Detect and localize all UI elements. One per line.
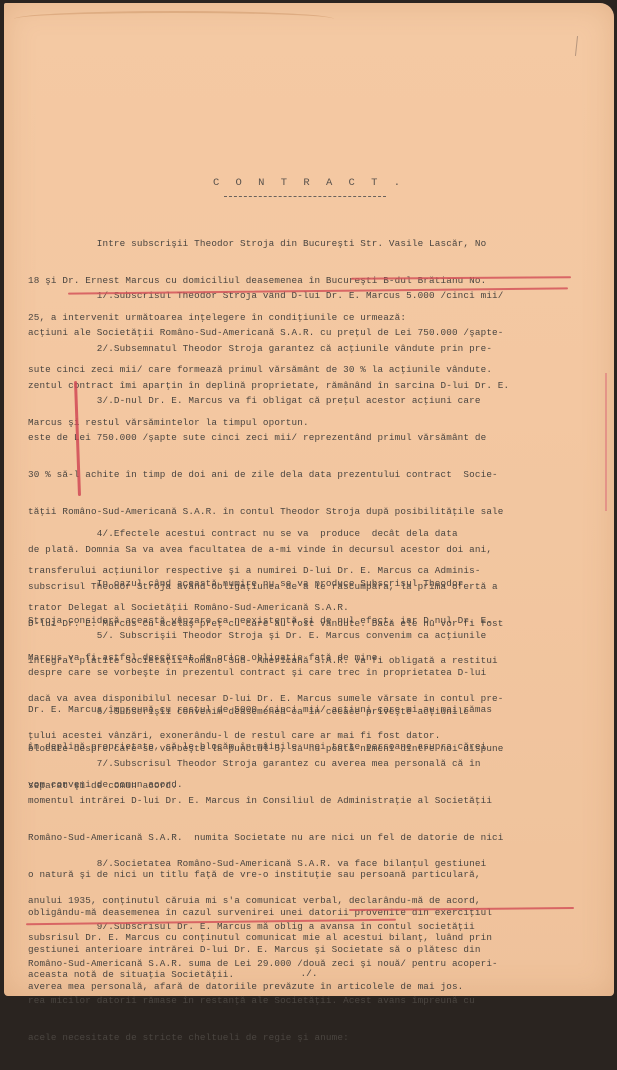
text-line: 30 % să-l achite în timp de doi ani de z…: [28, 469, 513, 481]
text-line: momentul intrărei D-lui Dr. E. Marcus în…: [28, 795, 513, 807]
text-line: 4/.Efectele acestui contract nu se va pr…: [28, 528, 513, 540]
text-line: Intre subscrişii Theodor Stroja din Bucu…: [28, 238, 513, 250]
text-line: este de Lei 750.000 /şapte sute cinci ze…: [28, 432, 513, 444]
document-page: C O N T R A C T . Intre subscrişii Theod…: [4, 3, 614, 996]
document-title: C O N T R A C T .: [4, 177, 614, 189]
text-line: 6/.Subscrişii convenim deasemenea ca în …: [28, 706, 513, 718]
text-line: despre care se vorbeşte în prezentul con…: [28, 667, 513, 679]
text-line: 8/.Societatea Româno-Sud-Americană S.A.R…: [28, 858, 513, 870]
text-line: 3/.D-nul Dr. E. Marcus va fi obligat că …: [28, 395, 513, 407]
red-margin-line: [605, 373, 607, 511]
page-continuation-mark: ./.: [4, 968, 614, 979]
text-line: 5/. Subscrişii Theodor Stroja şi Dr. E. …: [28, 630, 513, 642]
text-line: In cazul când această numire nu se va pr…: [28, 578, 513, 590]
paragraph-clause-9: 9/.Subscrisul Dr. E. Marcus mă oblig a a…: [28, 896, 513, 1000]
water-stain: [14, 11, 334, 27]
pencil-mark: [575, 36, 578, 56]
text-line: 7/.Subscrisul Theodor Stroja garantez cu…: [28, 758, 513, 770]
text-line: rea micilor datorii rămase în restanţă a…: [28, 995, 513, 1000]
title-underline: [224, 196, 386, 197]
text-line: 2/.Subsemnatul Theodor Stroja garantez c…: [28, 343, 513, 355]
